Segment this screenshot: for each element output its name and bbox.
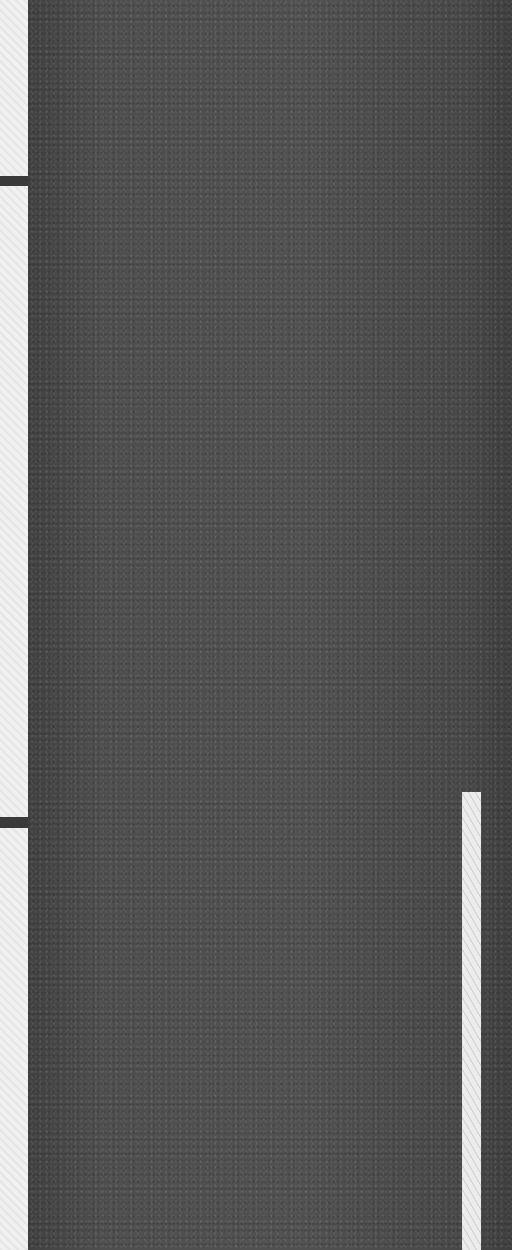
lane-dash-marking <box>462 792 481 1250</box>
asphalt-road <box>0 0 512 1250</box>
edge-line-crack <box>0 817 28 828</box>
edge-line-crack <box>0 176 28 186</box>
left-edge-line <box>0 0 28 1250</box>
